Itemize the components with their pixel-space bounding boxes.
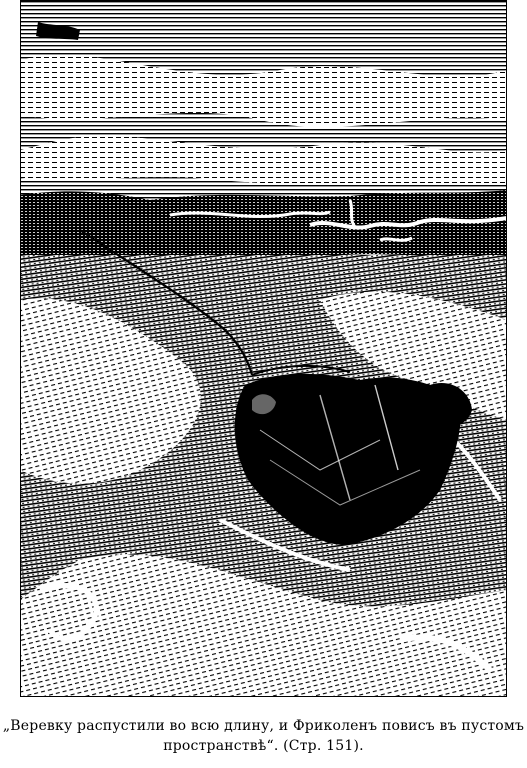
engraving-svg xyxy=(20,0,507,697)
engraving-illustration xyxy=(20,0,507,697)
caption-line-2: пространствѣ“. (Стр. 151). xyxy=(0,736,527,756)
hills xyxy=(20,190,507,263)
caption-line-1: „Веревку распустили во всю длину, и Фрик… xyxy=(0,716,527,736)
illustration-caption: „Веревку распустили во всю длину, и Фрик… xyxy=(0,716,527,756)
